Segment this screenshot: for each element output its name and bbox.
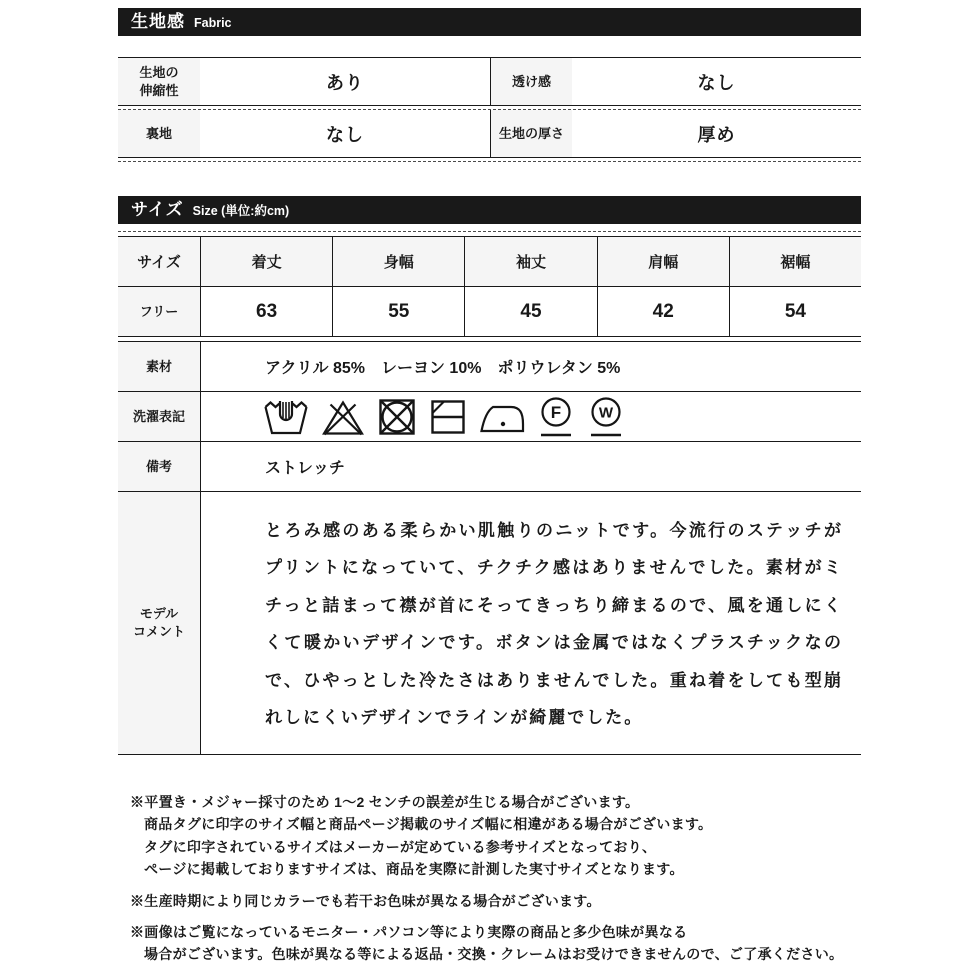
hand-wash-icon (263, 398, 309, 436)
divider (118, 157, 861, 158)
footnotes: ※平置き・メジャー採寸のため 1～2 センチの誤差が生じる場合がございます。 商… (118, 791, 861, 966)
footnote-line: ※生産時期により同じカラーでも若干お色味が異なる場合がございます。 (130, 890, 861, 912)
footnote-line: 商品タグに印字のサイズ幅と商品ページ掲載のサイズ幅に相違がある場合がございます。 (130, 813, 861, 835)
remarks-row: 備考 ストレッチ (118, 442, 861, 491)
material-value: アクリル 85% レーヨン 10% ポリウレタン 5% (200, 342, 861, 391)
dry-clean-f-gentle-icon: F (537, 396, 575, 438)
fabric-row-1: 生地の 伸縮性 あり 透け感 なし (118, 58, 861, 105)
size-column-header: 裾幅 (729, 237, 861, 286)
do-not-tumble-dry-icon (377, 398, 417, 436)
wet-clean-w-gentle-icon: W (587, 396, 625, 438)
material-row: 素材 アクリル 85% レーヨン 10% ポリウレタン 5% (118, 342, 861, 391)
product-details-table: 素材 アクリル 85% レーヨン 10% ポリウレタン 5% 洗濯表記 (118, 341, 861, 755)
size-table: サイズ 着丈 身幅 袖丈 肩幅 裾幅 フリー 63 55 45 42 54 (118, 231, 861, 337)
fabric-section-subtitle: Fabric (194, 16, 232, 30)
size-value-hem: 54 (729, 287, 861, 336)
fabric-value-lining: なし (200, 110, 490, 157)
footnote-line: タグに印字されているサイズはメーカーが定めている参考サイズとなっており、 (130, 836, 861, 858)
footnote-line: ページに掲載しておりますサイズは、商品を実際に計測した実寸サイズとなります。 (130, 858, 861, 880)
svg-text:W: W (599, 404, 614, 421)
fabric-value-stretch: あり (200, 58, 490, 105)
footnote-line: ※画像はご覧になっているモニター・パソコン等により実際の商品と多少色味が異なる (130, 921, 861, 943)
care-row: 洗濯表記 (118, 392, 861, 441)
size-section-subtitle: Size (単位:約cm) (193, 201, 290, 219)
size-section-title: サイズ (131, 196, 184, 223)
flat-dry-in-shade-icon (429, 398, 467, 436)
product-spec-page: 生地感 Fabric 生地の 伸縮性 あり 透け感 なし 裏地 なし 生地の厚さ… (0, 0, 980, 980)
fabric-section-header: 生地感 Fabric (118, 8, 861, 36)
fabric-row-2: 裏地 なし 生地の厚さ 厚め (118, 110, 861, 157)
do-not-bleach-icon (321, 398, 365, 436)
spec-content: 生地感 Fabric 生地の 伸縮性 あり 透け感 なし 裏地 なし 生地の厚さ… (118, 0, 861, 966)
care-label: 洗濯表記 (118, 392, 200, 441)
fabric-value-thickness: 厚め (572, 110, 861, 157)
size-table-header-row: サイズ 着丈 身幅 袖丈 肩幅 裾幅 (118, 237, 861, 286)
fabric-label-stretch: 生地の 伸縮性 (118, 58, 200, 105)
material-label: 素材 (118, 342, 200, 391)
fabric-section-title: 生地感 (131, 8, 185, 35)
footnote-monitor-color: ※画像はご覧になっているモニター・パソコン等により実際の商品と多少色味が異なる … (130, 921, 861, 966)
size-table-data-row: フリー 63 55 45 42 54 (118, 287, 861, 336)
size-value-width: 55 (332, 287, 464, 336)
footnote-line: ※平置き・メジャー採寸のため 1～2 センチの誤差が生じる場合がございます。 (130, 791, 861, 813)
size-value-shoulder: 42 (597, 287, 729, 336)
fabric-value-sheerness: なし (572, 58, 861, 105)
size-column-header: 着丈 (200, 237, 332, 286)
size-value-sleeve: 45 (464, 287, 596, 336)
svg-text:F: F (551, 403, 561, 422)
model-comment-row: モデル コメント とろみ感のある柔らかい肌触りのニットです。今流行のステッチがプ… (118, 492, 861, 754)
care-icons: F W (200, 392, 861, 441)
size-column-header: サイズ (118, 237, 200, 286)
footnote-measurement: ※平置き・メジャー採寸のため 1～2 センチの誤差が生じる場合がございます。 商… (130, 791, 861, 881)
fabric-table: 生地の 伸縮性 あり 透け感 なし 裏地 なし 生地の厚さ 厚め (118, 57, 861, 162)
remarks-label: 備考 (118, 442, 200, 491)
size-section-header: サイズ Size (単位:約cm) (118, 196, 861, 224)
model-comment-text: とろみ感のある柔らかい肌触りのニットです。今流行のステッチがプリントになっていて… (200, 492, 861, 754)
remarks-value: ストレッチ (200, 442, 861, 491)
fabric-label-sheerness: 透け感 (490, 58, 572, 105)
divider (118, 105, 861, 106)
footnote-line: 場合がございます。色味が異なる等による返品・交換・クレームはお受けできませんので… (130, 943, 861, 965)
divider (118, 754, 861, 755)
size-value-length: 63 (200, 287, 332, 336)
divider-dashed (118, 161, 861, 162)
size-row-label: フリー (118, 287, 200, 336)
iron-low-heat-icon (479, 398, 525, 436)
fabric-label-lining: 裏地 (118, 110, 200, 157)
size-column-header: 肩幅 (597, 237, 729, 286)
divider-dashed (118, 231, 861, 232)
size-column-header: 身幅 (332, 237, 464, 286)
model-comment-label: モデル コメント (118, 492, 200, 754)
fabric-label-thickness: 生地の厚さ (490, 110, 572, 157)
size-column-header: 袖丈 (464, 237, 596, 286)
footnote-production-color: ※生産時期により同じカラーでも若干お色味が異なる場合がございます。 (130, 890, 861, 912)
